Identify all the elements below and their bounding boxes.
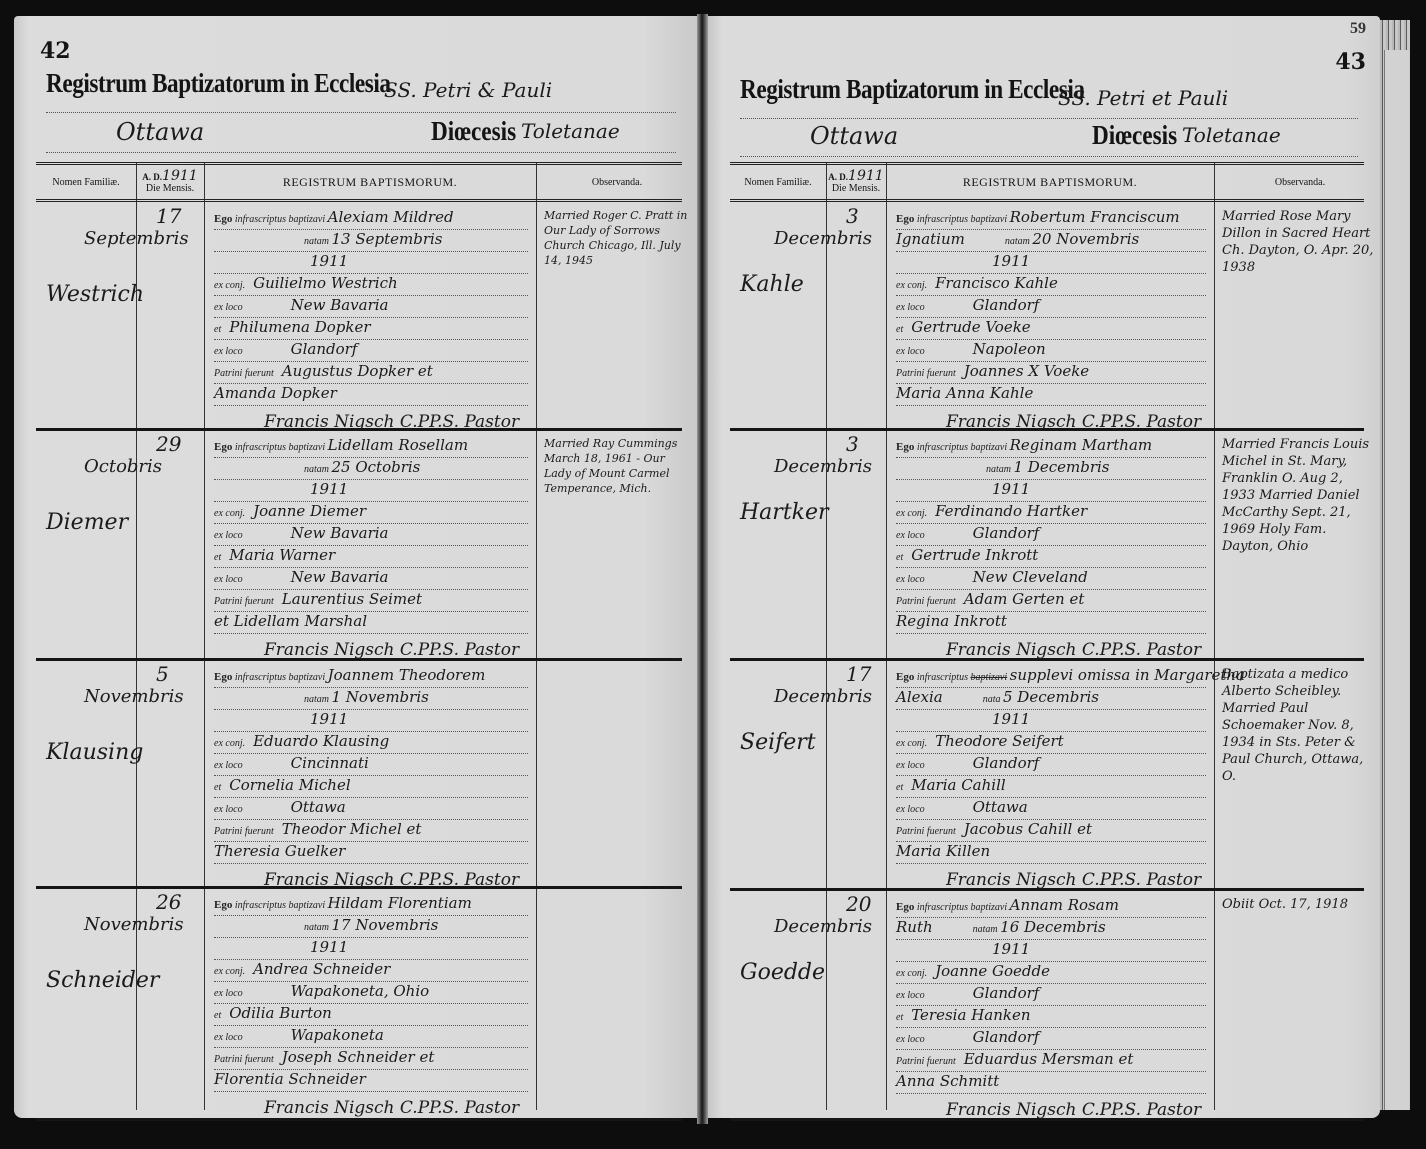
sponsors-line-1: Joannes X Voeke [964, 362, 1089, 380]
line-sponsors-2: Florentia Schneider [214, 1070, 528, 1092]
line-born: Ruthnatam 16 Decembris [896, 918, 1206, 940]
label-father-place: ex loco [896, 530, 925, 541]
child-name: Robertum Franciscum [1010, 208, 1180, 226]
child-name: Lidellam Rosellam [328, 436, 468, 454]
sponsors-line-2: Theresia Guelker [214, 842, 345, 860]
father-name: Theodore Seifert [935, 732, 1064, 750]
baptism-month: Novembris [84, 686, 184, 707]
line-born: natam 1 Novembris [214, 688, 528, 710]
child-name: Annam Rosam [1010, 896, 1119, 914]
label-natam: natam [304, 694, 329, 705]
line-sponsors-2: Regina Inkrott [896, 612, 1206, 634]
mother-place: Glandorf [973, 1028, 1040, 1046]
pastor-signature: Francis Nigsch C.PP.S. Pastor [946, 412, 1201, 432]
line-year: 1911 [896, 252, 1206, 274]
label-infrascriptus-baptizavi: infrascriptus baptizavi [235, 672, 325, 683]
ecclesia-name: SS. Petri & Pauli [384, 78, 552, 102]
label-mother-name: et [214, 324, 221, 335]
father-place: New Bavaria [291, 524, 389, 542]
label-mother-name: et [896, 782, 903, 793]
line-sponsors-2: et Lidellam Marshal [214, 612, 528, 634]
baptism-day: 3 [846, 204, 859, 228]
header-observanda: Observanda. [1214, 165, 1386, 199]
label-natam: natam [973, 924, 998, 935]
family-name: Schneider [46, 968, 159, 993]
label-ego: Ego infrascriptus baptizavi [214, 672, 325, 683]
birth-date: 17 Novembris [332, 916, 439, 934]
page-number: 42 [40, 38, 71, 64]
line-born: Alexianata 5 Decembris [896, 688, 1206, 710]
line-father-place: ex locoGlandorf [896, 296, 1206, 318]
sponsors-line-2: Florentia Schneider [214, 1070, 366, 1088]
birth-year: 1911 [992, 480, 1030, 498]
family-name: Diemer [46, 510, 128, 535]
location-line: Ottawa Diœcesis Toletanae [740, 120, 1358, 157]
mother-name: Cornelia Michel [229, 776, 350, 794]
label-sponsors-line-1: Patrini fuerunt [214, 826, 274, 837]
baptism-entry: Kahle3DecembrisEgo infrascriptus baptiza… [730, 202, 1364, 431]
birth-date: 13 Septembris [332, 230, 443, 248]
child-name: Alexiam Mildred [328, 208, 454, 226]
line-baptized: Ego infrascriptus baptizavi Robertum Fra… [896, 208, 1206, 230]
line-father-place: ex locoNew Bavaria [214, 524, 528, 546]
line-baptized: Ego infrascriptus baptizavi Hildam Flore… [214, 894, 528, 916]
line-born: Ignatiumnatam 20 Novembris [896, 230, 1206, 252]
baptism-entry: Schneider26NovembrisEgo infrascriptus ba… [36, 888, 682, 1121]
father-place: Glandorf [973, 296, 1040, 314]
label-father-place: ex loco [214, 988, 243, 999]
label-mother-place: ex loco [896, 804, 925, 815]
line-sponsors-line-1: Patrini fueruntJacobus Cahill et [896, 820, 1206, 842]
line-father-name: ex conj.Joanne Goedde [896, 962, 1206, 984]
label-father-name: ex conj. [214, 738, 245, 749]
line-father-place: ex locoGlandorf [896, 754, 1206, 776]
line-year: 1911 [896, 480, 1206, 502]
page-number: 43 [1335, 49, 1366, 75]
baptism-month: Decembris [774, 686, 872, 707]
inserted-sheet-edge [1384, 50, 1409, 1110]
line-mother-place: ex locoNew Bavaria [214, 568, 528, 590]
label-sponsors-line-1: Patrini fuerunt [214, 1054, 274, 1065]
baptism-day: 3 [846, 432, 859, 456]
line-mother-place: ex locoGlandorf [214, 340, 528, 362]
label-mother-name: et [214, 552, 221, 563]
label-mother-place: ex loco [214, 346, 243, 357]
line-baptized: Ego infrascriptus baptizavi Lidellam Ros… [214, 436, 528, 458]
header-nomen-familiae: Nomen Familiæ. [36, 165, 136, 199]
entry-body: Ego infrascriptus baptizavi Lidellam Ros… [214, 436, 528, 670]
label-infrascriptus: infrascriptus [917, 672, 968, 683]
dioecesis-name: Toletanae [521, 119, 620, 143]
mother-name: Maria Cahill [911, 776, 1005, 794]
line-born: natam 17 Novembris [214, 916, 528, 938]
label-father-place: ex loco [214, 760, 243, 771]
line-mother-name: etMaria Warner [214, 546, 528, 568]
observanda-note: Married Rose Mary Dillon in Sacred Heart… [1222, 208, 1380, 276]
entry-body: Ego infrascriptus baptizavi Hildam Flore… [214, 894, 528, 1128]
line-sponsors-2: Maria Anna Kahle [896, 384, 1206, 406]
line-year: 1911 [214, 938, 528, 960]
label-natam: natam [304, 236, 329, 247]
birth-year: 1911 [310, 710, 348, 728]
label-infrascriptus-baptizavi: infrascriptus baptizavi [235, 900, 325, 911]
label-father-name: ex conj. [896, 508, 927, 519]
father-name: Francisco Kahle [935, 274, 1058, 292]
sponsors-line-2: Maria Anna Kahle [896, 384, 1033, 402]
right-page: 59 43 Registrum Baptizatorum in Ecclesia… [708, 16, 1380, 1118]
birth-date: 1 Novembris [332, 688, 429, 706]
ecclesia-name: SS. Petri et Pauli [1058, 86, 1228, 110]
line-year: 1911 [896, 940, 1206, 962]
city-name: Ottawa [810, 122, 898, 150]
child-name-continued: Ignatium [896, 230, 965, 248]
label-infrascriptus-baptizavi: infrascriptus baptizavi [917, 214, 1007, 225]
label-ego-bold: Ego [896, 441, 914, 453]
header-observanda: Observanda. [536, 165, 698, 199]
label-natam: natam [304, 922, 329, 933]
sponsors-line-2: et Lidellam Marshal [214, 612, 367, 630]
father-place: Cincinnati [291, 754, 369, 772]
child-name-continued: Ruth [896, 918, 933, 936]
table-header: Nomen Familiæ.A. D.1911Die Mensis.REGIST… [730, 162, 1364, 202]
line-father-place: ex locoGlandorf [896, 524, 1206, 546]
child-name: supplevi omissa in Margaretha [1010, 666, 1245, 684]
line-baptized: Ego infrascriptus baptizavi Joannem Theo… [214, 666, 528, 688]
baptism-entry: Diemer29OctobrisEgo infrascriptus baptiz… [36, 430, 682, 661]
header-date: A. D.1911Die Mensis. [826, 165, 886, 199]
mother-name: Philumena Dopker [229, 318, 370, 336]
pastor-signature: Francis Nigsch C.PP.S. Pastor [264, 412, 519, 432]
line-father-name: ex conj.Francisco Kahle [896, 274, 1206, 296]
label-mother-name: et [214, 782, 221, 793]
label-sponsors-line-1: Patrini fuerunt [896, 596, 956, 607]
baptism-month: Decembris [774, 456, 872, 477]
sponsors-line-1: Jacobus Cahill et [964, 820, 1092, 838]
dioecesis-name: Toletanae [1182, 123, 1281, 147]
label-mother-name: et [896, 1012, 903, 1023]
label-mother-name: et [896, 552, 903, 563]
line-mother-name: etGertrude Voeke [896, 318, 1206, 340]
line-sponsors-line-1: Patrini fueruntJoseph Schneider et [214, 1048, 528, 1070]
mother-name: Odilia Burton [229, 1004, 332, 1022]
register-title: Registrum Baptizatorum in Ecclesia [740, 74, 1085, 105]
sponsors-line-2: Regina Inkrott [896, 612, 1007, 630]
label-sponsors-line-1: Patrini fuerunt [896, 368, 956, 379]
baptism-table: Nomen Familiæ.A. D.1911Die Mensis.REGIST… [730, 162, 1364, 1110]
label-father-place: ex loco [896, 990, 925, 1001]
sponsors-line-1: Adam Gerten et [964, 590, 1085, 608]
pastor-signature: Francis Nigsch C.PP.S. Pastor [264, 640, 519, 660]
label-mother-name: et [896, 324, 903, 335]
baptism-month: Decembris [774, 916, 872, 937]
sponsors-line-1: Theodor Michel et [282, 820, 422, 838]
sponsors-line-1: Joseph Schneider et [282, 1048, 435, 1066]
line-father-place: ex locoCincinnati [214, 754, 528, 776]
birth-year: 1911 [310, 480, 348, 498]
baptism-table: Nomen Familiæ.A. D.1911Die Mensis.REGIST… [36, 162, 682, 1110]
header-ad-label: A. D. [828, 172, 848, 182]
line-mother-place: ex locoOttawa [896, 798, 1206, 820]
sponsors-line-2: Anna Schmitt [896, 1072, 999, 1090]
family-name: Seifert [740, 730, 816, 755]
line-sponsors-2: Anna Schmitt [896, 1072, 1206, 1094]
mother-place: New Cleveland [973, 568, 1088, 586]
header-ad-row: A. D.1911 [142, 171, 197, 183]
mother-place: Wapakoneta [291, 1026, 384, 1044]
father-place: Glandorf [973, 524, 1040, 542]
left-page: 42 Registrum Baptizatorum in Ecclesia SS… [14, 16, 698, 1118]
baptism-day: 17 [156, 204, 181, 228]
mother-place: Ottawa [973, 798, 1028, 816]
family-name: Hartker [740, 500, 829, 525]
line-father-name: ex conj.Eduardo Klausing [214, 732, 528, 754]
header-die-mensis: Die Mensis. [146, 183, 194, 194]
line-year: 1911 [896, 710, 1206, 732]
line-mother-name: etGertrude Inkrott [896, 546, 1206, 568]
label-father-place: ex loco [214, 530, 243, 541]
header-registrum: REGISTRUM BAPTISMORUM. [886, 165, 1214, 199]
line-sponsors-line-1: Patrini fueruntJoannes X Voeke [896, 362, 1206, 384]
line-year: 1911 [214, 252, 528, 274]
entry-body: Ego infrascriptus baptizavi Reginam Mart… [896, 436, 1206, 670]
label-infrascriptus-baptizavi: infrascriptus baptizavi [235, 214, 325, 225]
mother-name: Gertrude Voeke [911, 318, 1030, 336]
child-name: Reginam Martham [1010, 436, 1153, 454]
label-mother-place: ex loco [896, 346, 925, 357]
birth-date: 1 Decembris [1014, 458, 1110, 476]
label-infrascriptus-baptizavi: infrascriptus baptizavi [235, 442, 325, 453]
line-sponsors-line-1: Patrini fueruntAugustus Dopker et [214, 362, 528, 384]
family-name: Goedde [740, 960, 825, 985]
baptism-entry: Klausing5NovembrisEgo infrascriptus bapt… [36, 660, 682, 889]
line-mother-place: ex locoWapakoneta [214, 1026, 528, 1048]
pastor-signature: Francis Nigsch C.PP.S. Pastor [264, 870, 519, 890]
label-father-place: ex loco [896, 302, 925, 313]
baptism-month: Decembris [774, 228, 872, 249]
observanda-note: Obiit Oct. 17, 1918 [1222, 896, 1380, 913]
birth-date: 20 Novembris [1032, 230, 1139, 248]
label-sponsors-line-1: Patrini fuerunt [214, 596, 274, 607]
label-sponsors-line-1: Patrini fuerunt [896, 826, 956, 837]
label-ego-bold: Ego [214, 441, 232, 453]
location-line: Ottawa Diœcesis Toletanae [46, 116, 676, 153]
register-title: Registrum Baptizatorum in Ecclesia [46, 68, 391, 99]
label-natam: natam [304, 464, 329, 475]
sponsors-line-2: Maria Killen [896, 842, 990, 860]
stamped-folio-number: 59 [1350, 20, 1366, 38]
line-born: natam 13 Septembris [214, 230, 528, 252]
sponsors-line-1: Laurentius Seimet [282, 590, 422, 608]
label-father-name: ex conj. [214, 966, 245, 977]
observanda-note: Married Roger C. Pratt in Our Lady of So… [544, 208, 692, 268]
label-father-place: ex loco [214, 302, 243, 313]
birth-year: 1911 [992, 940, 1030, 958]
birth-date: 16 Decembris [1000, 918, 1106, 936]
line-year: 1911 [214, 480, 528, 502]
register-book-spread: 42 Registrum Baptizatorum in Ecclesia SS… [0, 0, 1426, 1149]
label-infrascriptus-baptizavi: infrascriptus baptizavi [917, 902, 1007, 913]
label-ego: Ego infrascriptus baptizavi [896, 672, 1007, 683]
label-ego-bold: Ego [214, 899, 232, 911]
line-baptized: Ego infrascriptus baptizavi supplevi omi… [896, 666, 1206, 688]
line-mother-place: ex locoGlandorf [896, 1028, 1206, 1050]
baptism-entry: Seifert17DecembrisEgo infrascriptus bapt… [730, 660, 1364, 891]
label-mother-place: ex loco [214, 574, 243, 585]
label-father-name: ex conj. [214, 280, 245, 291]
line-mother-place: ex locoNapoleon [896, 340, 1206, 362]
table-header: Nomen Familiæ.A. D.1911Die Mensis.REGIST… [36, 162, 682, 202]
mother-name: Teresia Hanken [911, 1006, 1030, 1024]
father-name: Ferdinando Hartker [935, 502, 1087, 520]
line-father-place: ex locoNew Bavaria [214, 296, 528, 318]
baptism-day: 5 [156, 662, 169, 686]
baptism-day: 29 [156, 432, 181, 456]
baptism-month: Octobris [84, 456, 162, 477]
label-ego-bold: Ego [896, 213, 914, 225]
label-ego: Ego infrascriptus baptizavi [214, 214, 325, 225]
line-mother-name: etMaria Cahill [896, 776, 1206, 798]
child-name-continued: Alexia [896, 688, 943, 706]
line-mother-name: etCornelia Michel [214, 776, 528, 798]
line-mother-place: ex locoOttawa [214, 798, 528, 820]
family-name: Westrich [46, 282, 144, 307]
entry-body: Ego infrascriptus baptizavi Robertum Fra… [896, 208, 1206, 442]
baptism-month: Septembris [84, 228, 189, 249]
pastor-signature: Francis Nigsch C.PP.S. Pastor [946, 870, 1201, 890]
father-name: Guilielmo Westrich [253, 274, 398, 292]
pastor-signature: Francis Nigsch C.PP.S. Pastor [946, 1100, 1201, 1120]
mother-name: Gertrude Inkrott [911, 546, 1038, 564]
family-name: Kahle [740, 272, 804, 297]
label-mother-place: ex loco [214, 804, 243, 815]
birth-year: 1911 [310, 252, 348, 270]
child-name: Hildam Florentiam [328, 894, 472, 912]
line-sponsors-line-1: Patrini fueruntEduardus Mersman et [896, 1050, 1206, 1072]
label-ego: Ego infrascriptus baptizavi [896, 214, 1007, 225]
label-ego: Ego infrascriptus baptizavi [896, 442, 1007, 453]
line-mother-name: etOdilia Burton [214, 1004, 528, 1026]
line-sponsors-2: Theresia Guelker [214, 842, 528, 864]
observanda-note: Married Ray Cummings March 18, 1961 - Ou… [544, 436, 692, 496]
entry-body: Ego infrascriptus baptizavi Alexiam Mild… [214, 208, 528, 442]
mother-place: New Bavaria [291, 568, 389, 586]
line-sponsors-line-1: Patrini fueruntAdam Gerten et [896, 590, 1206, 612]
header-die-mensis: Die Mensis. [832, 183, 880, 194]
label-sponsors-line-1: Patrini fuerunt [896, 1056, 956, 1067]
birth-year: 1911 [310, 938, 348, 956]
label-sponsors-line-1: Patrini fuerunt [214, 368, 274, 379]
mother-place: Glandorf [291, 340, 358, 358]
mother-place: Ottawa [291, 798, 346, 816]
label-ego-bold: Ego [896, 671, 914, 683]
baptism-day: 26 [156, 890, 181, 914]
label-father-place: ex loco [896, 760, 925, 771]
birth-year: 1911 [992, 252, 1030, 270]
line-father-name: ex conj.Joanne Diemer [214, 502, 528, 524]
header-year: 1911 [162, 168, 198, 184]
line-baptized: Ego infrascriptus baptizavi Reginam Mart… [896, 436, 1206, 458]
label-natam: natam [986, 464, 1011, 475]
header-registrum: REGISTRUM BAPTISMORUM. [204, 165, 536, 199]
line-mother-name: etPhilumena Dopker [214, 318, 528, 340]
header-year: 1911 [848, 168, 884, 184]
mother-name: Maria Warner [229, 546, 335, 564]
label-father-name: ex conj. [214, 508, 245, 519]
book-spine-gutter [697, 14, 708, 1124]
father-place: New Bavaria [291, 296, 389, 314]
label-natam: nata [983, 694, 1001, 705]
dioecesis-label: Diœcesis [431, 116, 516, 147]
entry-body: Ego infrascriptus baptizavi Annam RosamR… [896, 896, 1206, 1130]
label-mother-place: ex loco [896, 574, 925, 585]
baptism-entry: Westrich17SeptembrisEgo infrascriptus ba… [36, 202, 682, 431]
line-sponsors-2: Maria Killen [896, 842, 1206, 864]
mother-place: Napoleon [973, 340, 1046, 358]
city-name: Ottawa [116, 118, 204, 146]
line-born: natam 25 Octobris [214, 458, 528, 480]
baptism-day: 17 [846, 662, 871, 686]
label-ego-bold: Ego [214, 671, 232, 683]
father-place: Wapakoneta, Ohio [291, 982, 430, 1000]
label-ego: Ego infrascriptus baptizavi [214, 900, 325, 911]
father-name: Andrea Schneider [253, 960, 390, 978]
line-born: natam 1 Decembris [896, 458, 1206, 480]
label-father-name: ex conj. [896, 968, 927, 979]
line-father-name: ex conj.Guilielmo Westrich [214, 274, 528, 296]
observanda-note: Married Francis Louis Michel in St. Mary… [1222, 436, 1380, 555]
title-line: Registrum Baptizatorum in Ecclesia SS. P… [46, 68, 676, 113]
label-natam: natam [1005, 236, 1030, 247]
entry-body: Ego infrascriptus baptizavi supplevi omi… [896, 666, 1206, 900]
line-year: 1911 [214, 710, 528, 732]
line-father-place: ex locoGlandorf [896, 984, 1206, 1006]
father-name: Joanne Diemer [253, 502, 366, 520]
father-name: Eduardo Klausing [253, 732, 389, 750]
label-ego-bold: Ego [896, 901, 914, 913]
line-sponsors-2: Amanda Dopker [214, 384, 528, 406]
father-place: Glandorf [973, 984, 1040, 1002]
child-name: Joannem Theodorem [328, 666, 486, 684]
header-nomen-familiae: Nomen Familiæ. [730, 165, 826, 199]
label-ego-bold: Ego [214, 213, 232, 225]
entry-body: Ego infrascriptus baptizavi Joannem Theo… [214, 666, 528, 900]
label-mother-name: et [214, 1010, 221, 1021]
label-father-name: ex conj. [896, 280, 927, 291]
baptism-entry: Hartker3DecembrisEgo infrascriptus bapti… [730, 430, 1364, 661]
label-mother-place: ex loco [214, 1032, 243, 1043]
sponsors-line-1: Augustus Dopker et [282, 362, 433, 380]
pastor-signature: Francis Nigsch C.PP.S. Pastor [946, 640, 1201, 660]
line-sponsors-line-1: Patrini fueruntLaurentius Seimet [214, 590, 528, 612]
label-mother-place: ex loco [896, 1034, 925, 1045]
line-signature: Francis Nigsch C.PP.S. Pastor [214, 1092, 528, 1128]
line-mother-place: ex locoNew Cleveland [896, 568, 1206, 590]
observanda-note: Baptizata a medico Alberto Scheibley. Ma… [1222, 666, 1380, 785]
sponsors-line-1: Eduardus Mersman et [964, 1050, 1134, 1068]
pastor-signature: Francis Nigsch C.PP.S. Pastor [264, 1098, 519, 1118]
label-infrascriptus-baptizavi: infrascriptus baptizavi [917, 442, 1007, 453]
sponsors-line-2: Amanda Dopker [214, 384, 337, 402]
baptism-entry: Goedde20DecembrisEgo infrascriptus bapti… [730, 890, 1364, 1121]
birth-year: 1911 [992, 710, 1030, 728]
line-baptized: Ego infrascriptus baptizavi Annam Rosam [896, 896, 1206, 918]
family-name: Klausing [46, 740, 143, 765]
line-mother-name: etTeresia Hanken [896, 1006, 1206, 1028]
label-ego: Ego infrascriptus baptizavi [896, 902, 1007, 913]
line-father-place: ex locoWapakoneta, Ohio [214, 982, 528, 1004]
line-father-name: ex conj.Andrea Schneider [214, 960, 528, 982]
line-baptized: Ego infrascriptus baptizavi Alexiam Mild… [214, 208, 528, 230]
